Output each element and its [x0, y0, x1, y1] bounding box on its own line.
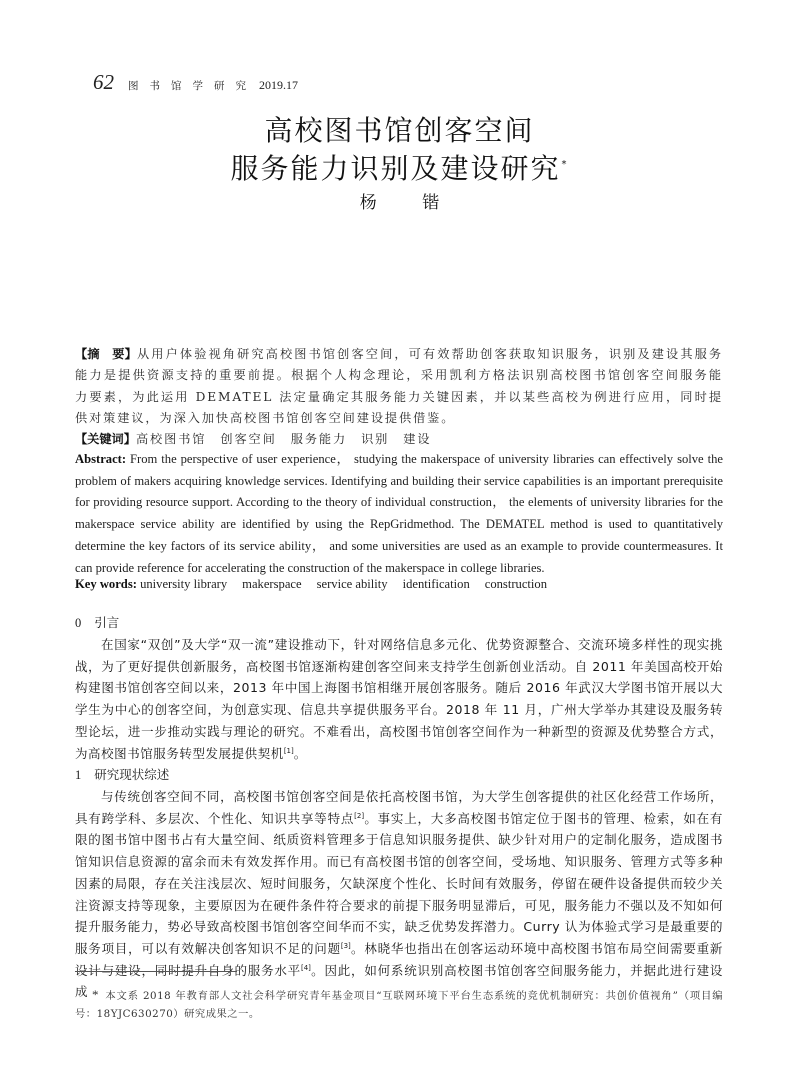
citation-ref[interactable]: [3] — [341, 942, 351, 950]
footnote-divider — [75, 971, 237, 972]
journal-issue: 2019.17 — [259, 78, 298, 93]
keyword-cn: 服务能力 — [291, 432, 347, 446]
page-number: 62 — [93, 70, 114, 95]
section-title: 引言 — [94, 615, 119, 630]
section-title: 研究现状综述 — [94, 767, 169, 782]
keyword-en: makerspace — [242, 577, 301, 591]
running-header: 62 图书馆学研究 2019.17 — [93, 70, 298, 100]
abstract-en-text: From the perspective of user experience，… — [75, 452, 723, 575]
title-line-2: 服务能力识别及建设研究* — [0, 150, 799, 188]
keyword-en: university library — [140, 577, 227, 591]
section-heading-literature-review: 1研究现状综述 — [75, 764, 169, 787]
keyword-en: service ability — [317, 577, 388, 591]
paragraph-text: 。 — [294, 746, 307, 761]
keywords-cn-label: 【关键词】 — [75, 432, 136, 446]
author: 杨 锴 — [0, 190, 799, 216]
keywords-cn: 【关键词】高校图书馆创客空间服务能力识别建设 — [75, 429, 723, 450]
abstract-en-colon: : — [122, 452, 130, 466]
keywords-en-colon: : — [133, 577, 140, 591]
citation-ref[interactable]: [2] — [354, 812, 364, 820]
keywords-en: Key words: university librarymakerspaces… — [75, 574, 723, 596]
keyword-cn: 建设 — [403, 432, 431, 446]
footnote-marker: * — [92, 987, 99, 1002]
abstract-en-label: Abstract — [75, 452, 122, 466]
keyword-cn: 识别 — [361, 432, 389, 446]
footnote-text: 本文系 2018 年教育部人文社会科学研究青年基金项目“互联网环境下平台生态系统… — [75, 990, 723, 1020]
title-line-2-text: 服务能力识别及建设研究 — [230, 152, 560, 185]
section-heading-introduction: 0引言 — [75, 612, 119, 635]
abstract-en: Abstract: From the perspective of user e… — [75, 449, 723, 579]
keyword-cn: 高校图书馆 — [136, 432, 206, 446]
citation-ref[interactable]: [1] — [284, 747, 294, 755]
citation-ref[interactable]: [4] — [301, 964, 311, 972]
paragraph-text: 在国家“双创”及大学“双一流”建设推动下，针对网络信息多元化、优势资源整合、交流… — [75, 637, 723, 761]
journal-name: 图书馆学研究 — [128, 78, 257, 93]
title-footnote-marker[interactable]: * — [562, 159, 569, 170]
keyword-en: construction — [485, 577, 547, 591]
paragraph-text: 。事实上，大多高校图书馆定位于图书的管理、检索，如在有限的图书馆中图书占有大量空… — [75, 811, 723, 956]
section-number: 0 — [75, 616, 81, 630]
title-block: 高校图书馆创客空间 服务能力识别及建设研究* 杨 锴 — [0, 112, 799, 216]
journal-page: 62 图书馆学研究 2019.17 高校图书馆创客空间 服务能力识别及建设研究*… — [0, 0, 799, 1085]
footnote: *本文系 2018 年教育部人文社会科学研究青年基金项目“互联网环境下平台生态系… — [75, 986, 723, 1023]
section-number: 1 — [75, 768, 81, 782]
keyword-cn: 创客空间 — [220, 432, 276, 446]
abstract-cn-text: 从用户体验视角研究高校图书馆创客空间，可有效帮助创客获取知识服务，识别及建设其服… — [75, 347, 723, 425]
abstract-cn-label: 【摘 要】 — [75, 347, 137, 361]
intro-paragraph: 在国家“双创”及大学“双一流”建设推动下，针对网络信息多元化、优势资源整合、交流… — [75, 634, 723, 764]
keywords-en-label: Key words — [75, 577, 133, 591]
title-line-1: 高校图书馆创客空间 — [0, 112, 799, 150]
abstract-cn: 【摘 要】从用户体验视角研究高校图书馆创客空间，可有效帮助创客获取知识服务，识别… — [75, 344, 723, 429]
keyword-en: identification — [403, 577, 470, 591]
